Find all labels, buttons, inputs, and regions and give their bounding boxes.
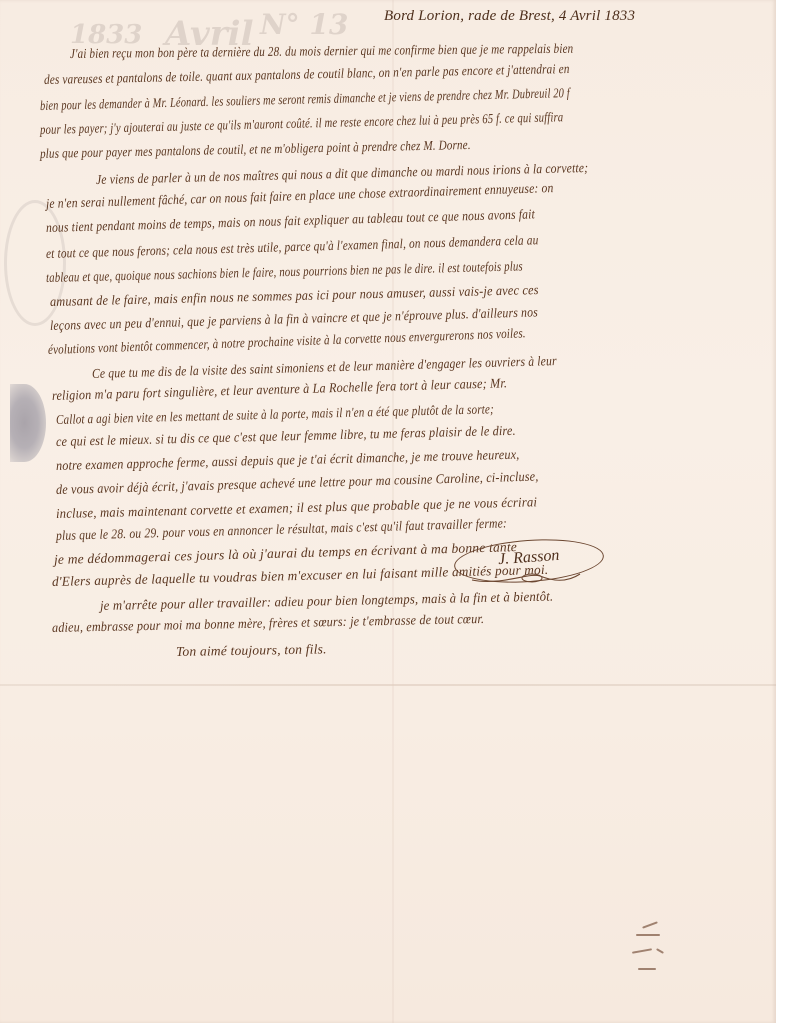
letter-line: pour les payer; j'y ajouterai au juste c… — [40, 109, 564, 138]
letter-line: plus que pour payer mes pantalons de cou… — [40, 137, 471, 162]
letter-line: de vous avoir déjà écrit, j'avais presqu… — [56, 469, 539, 498]
letter-line: tableau et que, quoique nous sachions bi… — [46, 258, 523, 286]
signature-flourish — [470, 568, 590, 586]
letter-line: nous tient pendant moins de temps, mais … — [46, 206, 535, 236]
letter-closing: Ton aimé toujours, ton fils. — [176, 641, 327, 660]
letter-page: 1833 Avril N° 13 Bord Lorion, rade de Br… — [0, 0, 776, 1023]
pencil-marks — [630, 920, 670, 980]
wax-seal-remnant — [10, 384, 46, 462]
letter-line: et tout ce que nous ferons; cela nous es… — [46, 232, 539, 262]
bleed-through-number: N° 13 — [260, 8, 348, 41]
letter-line: notre examen approche ferme, aussi depui… — [56, 447, 520, 474]
letter-line: ce qui est le mieux. si tu dis ce que c'… — [56, 423, 516, 450]
letter-line: bien pour les demander à Mr. Léonard. le… — [40, 85, 570, 114]
letter-line: J'ai bien reçu mon bon père ta dernière … — [70, 41, 574, 62]
letter-line: je m'arrête pour aller travailler: adieu… — [100, 589, 554, 614]
letter-heading: Bord Lorion, rade de Brest, 4 Avril 1833 — [384, 8, 635, 25]
letter-line: des vareuses et pantalons de toile. quan… — [44, 61, 570, 88]
horizontal-fold-line — [0, 684, 776, 686]
letter-line: adieu, embrasse pour moi ma bonne mère, … — [52, 611, 484, 636]
